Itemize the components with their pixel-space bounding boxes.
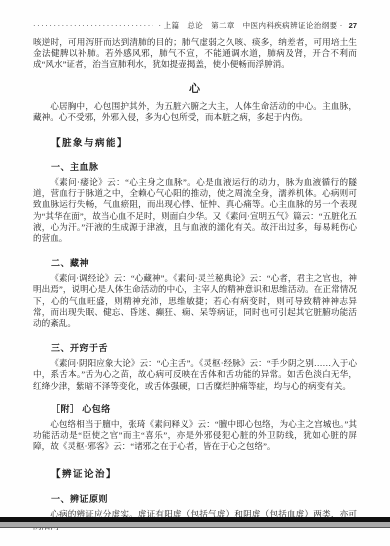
paragraph-xinbaoluo: 心包络相当于膻中，张琦《素问释义》云：“膻中即心包络，为心主之宫城也。”其功能活… (33, 419, 357, 453)
page-content: ······························· · 上篇 总论 … (0, 0, 390, 532)
heading-bianzheng-lunzhi: 【辨证论治】 (51, 466, 357, 480)
heading-zangxiang-bingneng: 【脏象与病能】 (51, 135, 357, 149)
heading-fu-xinbaoluo: ［附］ 心包络 (51, 402, 357, 415)
scan-edge-thin-line (0, 527, 390, 528)
page-number: 27 (349, 21, 357, 30)
subheading-bianzheng-yuanze: 一、辨证原则 (51, 492, 357, 505)
paragraph-cangshen: 《素问·调经论》云：“心藏神”。《素问·灵兰秘典论》云：“心者，君主之官也，神明… (33, 273, 357, 329)
running-head: ······························· · 上篇 总论 … (33, 20, 357, 31)
header-chapter-title: · 上篇 总论 第二章 中医内科疾病辨证论治纲要 · (159, 20, 343, 31)
paragraph-zhu-xuemai: 《素问·痿论》云：“心主身之血脉”。心是血液运行的动力，脉为血液循行的隧道，营血… (33, 177, 357, 244)
header-dot-leader: ······························· (33, 21, 153, 30)
subheading-zhu-xuemai: 一、主血脉 (51, 160, 357, 173)
paragraph-kaiqiao-yushe: 《素问·阴阳应象大论》云：“心主舌”。《灵枢·经脉》云：“手少阴之别……入于心中… (33, 358, 357, 392)
subheading-cangshen: 二、藏神 (51, 256, 357, 269)
document-page: ······························· · 上篇 总论 … (0, 0, 390, 546)
subheading-kaiqiao-yushe: 三、开窍于舌 (51, 341, 357, 354)
section-title-heart: 心 (33, 80, 357, 96)
paragraph-heart-intro: 心居胸中，心包围护其外，为五脏六腑之大主，人体生命活动的中心。主血脉，藏神。心不… (33, 101, 357, 123)
paragraph-lung-continuation: 咳逆时，可用泻肝而达到清肺的目的；肺气虚弱之久咳、痰多，纳差者，可用培土生金法健… (33, 37, 357, 71)
